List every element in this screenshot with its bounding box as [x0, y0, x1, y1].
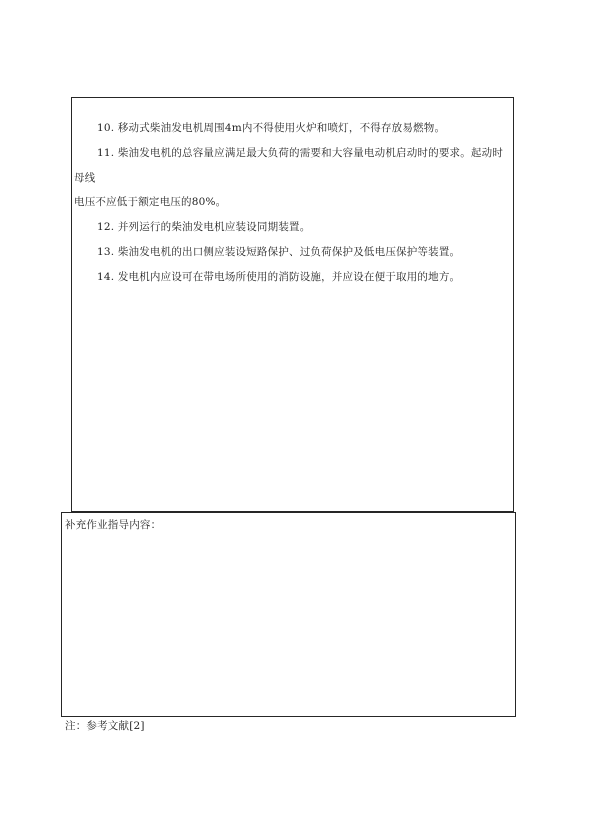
supplement-label: 补充作业指导内容： — [65, 518, 513, 533]
instruction-item-14: 14. 发电机内应设可在带电场所使用的消防设施，并应设在便于取用的地方。 — [74, 265, 511, 290]
supplement-cell: 补充作业指导内容： — [61, 512, 516, 717]
instruction-item-10: 10. 移动式柴油发电机周围4m内不得使用火炉和喷灯，不得存放易燃物。 — [74, 116, 511, 141]
instructions-cell: 10. 移动式柴油发电机周围4m内不得使用火炉和喷灯，不得存放易燃物。 11. … — [71, 97, 514, 512]
instruction-item-13: 13. 柴油发电机的出口侧应装设短路保护、过负荷保护及低电压保护等装置。 — [74, 240, 511, 265]
reference-note: 注：参考文献[2] — [65, 719, 145, 734]
document-page: 10. 移动式柴油发电机周围4m内不得使用火炉和喷灯，不得存放易燃物。 11. … — [0, 0, 590, 835]
instruction-item-11: 11. 柴油发电机的总容量应满足最大负荷的需要和大容量电动机启动时的要求。起动时… — [74, 141, 511, 215]
instruction-item-12: 12. 并列运行的柴油发电机应装设同期装置。 — [74, 215, 511, 240]
